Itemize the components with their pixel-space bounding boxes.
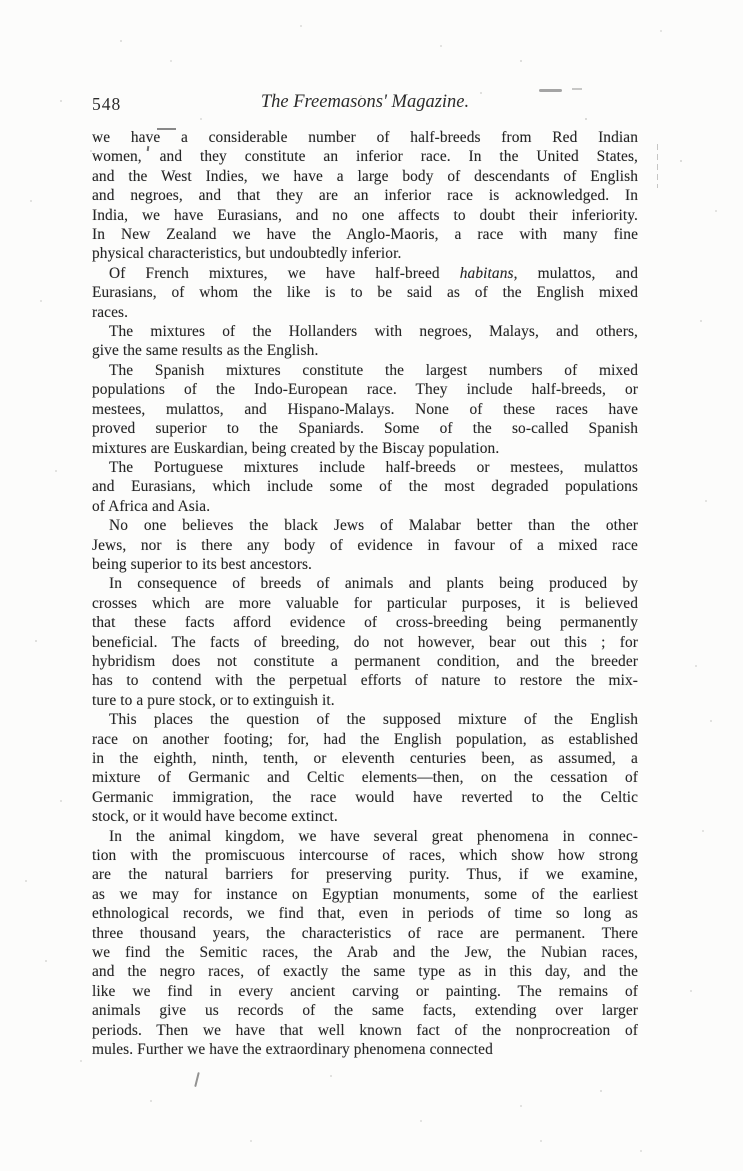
text-line: The mixtures of the Hollanders with negr… <box>92 322 638 341</box>
text-line: Germanic immigration, the race would hav… <box>92 788 638 807</box>
text-line: we find the Semitic races, the Arab and … <box>92 943 638 962</box>
text-line: are the natural barriers for preserving … <box>92 865 638 884</box>
text-line: hybridism does not constitute a permanen… <box>92 652 638 671</box>
text-line: and the negro races, of exactly the same… <box>92 962 638 981</box>
scan-artifact-vertical-line <box>657 144 658 188</box>
paragraph: The mixtures of the Hollanders with negr… <box>92 322 638 361</box>
text-line: has to contend with the perpetual effort… <box>92 671 638 690</box>
text-line: In New Zealand we have the Anglo-Maoris,… <box>92 225 638 244</box>
text-line: being superior to its best ancestors. <box>92 555 638 574</box>
page-header: 548 The Freemasons' Magazine. <box>92 92 638 118</box>
text-line: races. <box>92 303 638 322</box>
text-line: The Spanish mixtures constitute the larg… <box>92 361 638 380</box>
text-line: physical characteristics, but undoubtedl… <box>92 244 638 263</box>
text-line: crosses which are more valuable for part… <box>92 594 638 613</box>
text-line: mules. Further we have the extraordinary… <box>92 1040 638 1059</box>
text-line: proved superior to the Spaniards. Some o… <box>92 419 638 438</box>
text-line: In consequence of breeds of animals and … <box>92 574 638 593</box>
text-line: stock, or it would have become extinct. <box>92 807 638 826</box>
paragraph: The Spanish mixtures constitute the larg… <box>92 361 638 458</box>
text-line: populations of the Indo-European race. T… <box>92 380 638 399</box>
paragraph: In the animal kingdom, we have several g… <box>92 827 638 1060</box>
text-line: ethnological records, we find that, even… <box>92 904 638 923</box>
text-line: In the animal kingdom, we have several g… <box>92 827 638 846</box>
scan-artifact-smudge2 <box>572 88 582 90</box>
text-line: India, we have Eurasians, and no one aff… <box>92 206 638 225</box>
scan-artifact-slash <box>194 1072 199 1087</box>
text-line: give the same results as the English. <box>92 341 638 360</box>
paragraph: Of French mixtures, we have half-breed h… <box>92 264 638 322</box>
text-line: Eurasians, of whom the like is to be sai… <box>92 283 638 302</box>
paragraph: This places the question of the supposed… <box>92 710 638 826</box>
text-line: that these facts afford evidence of cros… <box>92 613 638 632</box>
text-line: mixture of Germanic and Celtic elements—… <box>92 768 638 787</box>
text-line: like we find in every ancient carving or… <box>92 982 638 1001</box>
text-line: and Eurasians, which include some of the… <box>92 477 638 496</box>
text-line: three thousand years, the characteristic… <box>92 924 638 943</box>
text-line: and negroes, and that they are an inferi… <box>92 186 638 205</box>
text-line: as we may for instance on Egyptian monum… <box>92 885 638 904</box>
text-line: of Africa and Asia. <box>92 497 638 516</box>
text-line: The Portuguese mixtures include half-bre… <box>92 458 638 477</box>
scan-noise <box>0 0 2 2</box>
text-line: This places the question of the supposed… <box>92 710 638 729</box>
text-line: mixtures are Euskardian, being created b… <box>92 439 638 458</box>
text-line: we have a considerable number of half-br… <box>92 128 638 147</box>
text-line: beneficial. The facts of breeding, do no… <box>92 633 638 652</box>
body-text: we have a considerable number of half-br… <box>92 128 638 1060</box>
text-line: tion with the promiscuous intercourse of… <box>92 846 638 865</box>
text-line: women, and they constitute an inferior r… <box>92 147 638 166</box>
paragraph: The Portuguese mixtures include half-bre… <box>92 458 638 516</box>
text-line: periods. Then we have that well known fa… <box>92 1021 638 1040</box>
text-line: mestees, mulattos, and Hispano-Malays. N… <box>92 400 638 419</box>
text-line: in the eighth, ninth, tenth, or eleventh… <box>92 749 638 768</box>
paragraph: In consequence of breeds of animals and … <box>92 574 638 710</box>
text-line: No one believes the black Jews of Malaba… <box>92 516 638 535</box>
paragraph: No one believes the black Jews of Malaba… <box>92 516 638 574</box>
text-line: animals give us records of the same fact… <box>92 1001 638 1020</box>
scanned-page: 548 The Freemasons' Magazine. we have a … <box>0 0 743 1171</box>
text-line: ture to a pure stock, or to extinguish i… <box>92 691 638 710</box>
text-line: race on another footing; for, had the En… <box>92 730 638 749</box>
text-line: Jews, nor is there any body of evidence … <box>92 536 638 555</box>
text-line: and the West Indies, we have a large bod… <box>92 167 638 186</box>
paragraph: we have a considerable number of half-br… <box>92 128 638 264</box>
page-title: The Freemasons' Magazine. <box>92 92 638 113</box>
text-line: Of French mixtures, we have half-breed h… <box>92 264 638 283</box>
